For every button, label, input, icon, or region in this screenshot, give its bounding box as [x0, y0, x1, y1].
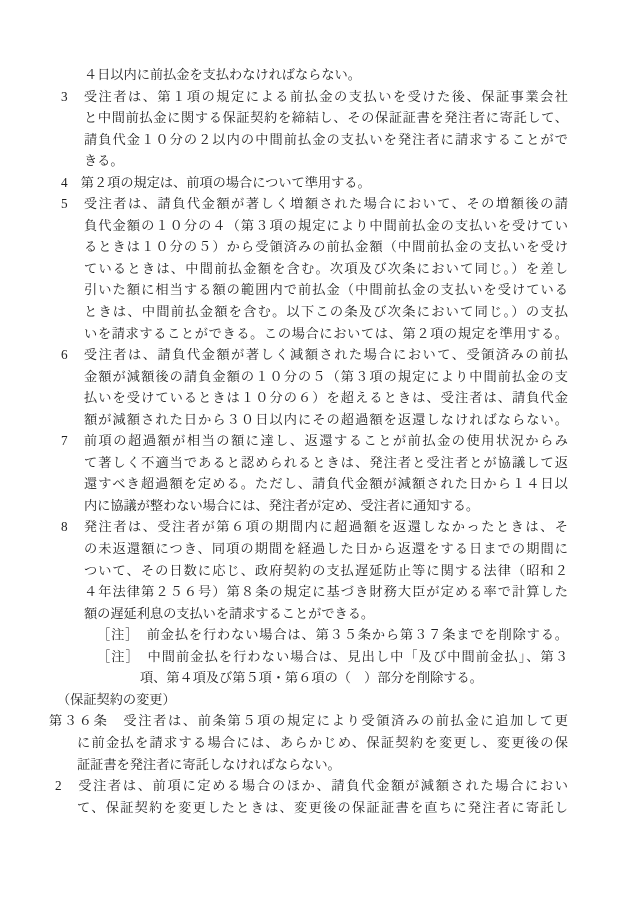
document-text: ４日以内に前払金を支払わなければならない。3 受注者は、第１項の規定による前払金… — [0, 64, 630, 818]
text-line: るときは１０分の５）から受領済みの前払金額（中間前払金の支払いを受け — [0, 236, 630, 258]
text-line: 6 受注者は、請負代金額が著しく減額された場合において、受領済みの前払 — [0, 344, 630, 366]
text-line: の未返還額につき、同項の期間を経過した日から返還をする日までの期間に — [0, 538, 630, 560]
text-line: て著しく不適当であると認められるときは、発注者と受注者とが協議して返 — [0, 452, 630, 474]
document-page: ４日以内に前払金を支払わなければならない。3 受注者は、第１項の規定による前払金… — [0, 0, 630, 903]
text-line: 2 受注者は、前項に定める場合のほか、請負代金額が減額された場合におい — [0, 775, 630, 797]
text-line: いを請求することができる。この場合においては、第２項の規定を準用する。 — [0, 323, 630, 345]
text-line: 引いた額に相当する額の範囲内で前払金（中間前払金の支払いを受けている — [0, 279, 630, 301]
text-line: ［注］ 中間前金払を行わない場合は、見出し中「及び中間前金払」、第３ — [0, 646, 630, 668]
text-line: ときは、中間前払金額を含む。以下この条及び次条において同じ。）の支払 — [0, 301, 630, 323]
text-line: 還すべき超過額を定める。ただし、請負代金額が減額された日から１４日以 — [0, 473, 630, 495]
text-line: 項、第４項及び第５項・第６項の（ ）部分を削除する。 — [0, 667, 630, 689]
text-line: ４日以内に前払金を支払わなければならない。 — [0, 64, 630, 86]
text-line: 請負代金１０分の２以内の中間前払金の支払いを発注者に請求することがで — [0, 129, 630, 151]
text-line: 額が減額された日から３０日以内にその超過額を返還しなければならない。 — [0, 409, 630, 431]
text-line: と中間前払金に関する保証契約を締結し、その保証証書を発注者に寄託して、 — [0, 107, 630, 129]
text-line: ているときは、中間前払金額を含む。次項及び次条において同じ。）を差し — [0, 258, 630, 280]
text-line: に前金払を請求する場合には、あらかじめ、保証契約を変更し、変更後の保 — [0, 732, 630, 754]
text-line: 7 前項の超過額が相当の額に達し、返還することが前払金の使用状況からみ — [0, 430, 630, 452]
text-line: 3 受注者は、第１項の規定による前払金の支払いを受けた後、保証事業会社 — [0, 86, 630, 108]
text-line: 払いを受けているときは１０分の６）を超えるときは、受注者は、請負代金 — [0, 387, 630, 409]
text-line: 金額が減額後の請負金額の１０分の５（第３項の規定により中間前払金の支 — [0, 366, 630, 388]
text-line: 第３６条 受注者は、前条第５項の規定により受領済みの前払金に追加して更 — [0, 710, 630, 732]
text-line: ついて、その日数に応じ、政府契約の支払遅延防止等に関する法律（昭和２ — [0, 560, 630, 582]
text-line: ［注］ 前金払を行わない場合は、第３５条から第３７条までを削除する。 — [0, 624, 630, 646]
text-line: ４年法律第２５６号）第８条の規定に基づき財務大臣が定める率で計算した — [0, 581, 630, 603]
text-line: 4 第２項の規定は、前項の場合について準用する。 — [0, 172, 630, 194]
text-line: て、保証契約を変更したときは、変更後の保証証書を直ちに発注者に寄託し — [0, 797, 630, 819]
text-line: 額の遅延利息の支払いを請求することができる。 — [0, 603, 630, 625]
text-line: きる。 — [0, 150, 630, 172]
text-line: 内に協議が整わない場合には、発注者が定め、受注者に通知する。 — [0, 495, 630, 517]
text-line: 8 発注者は、受注者が第６項の期間内に超過額を返還しなかったときは、そ — [0, 516, 630, 538]
text-line: （保証契約の変更） — [0, 689, 630, 711]
text-line: 負代金額の１０分の４（第３項の規定により中間前払金の支払いを受けてい — [0, 215, 630, 237]
text-line: 5 受注者は、請負代金額が著しく増額された場合において、その増額後の請 — [0, 193, 630, 215]
text-line: 証証書を発注者に寄託しなければならない。 — [0, 754, 630, 776]
